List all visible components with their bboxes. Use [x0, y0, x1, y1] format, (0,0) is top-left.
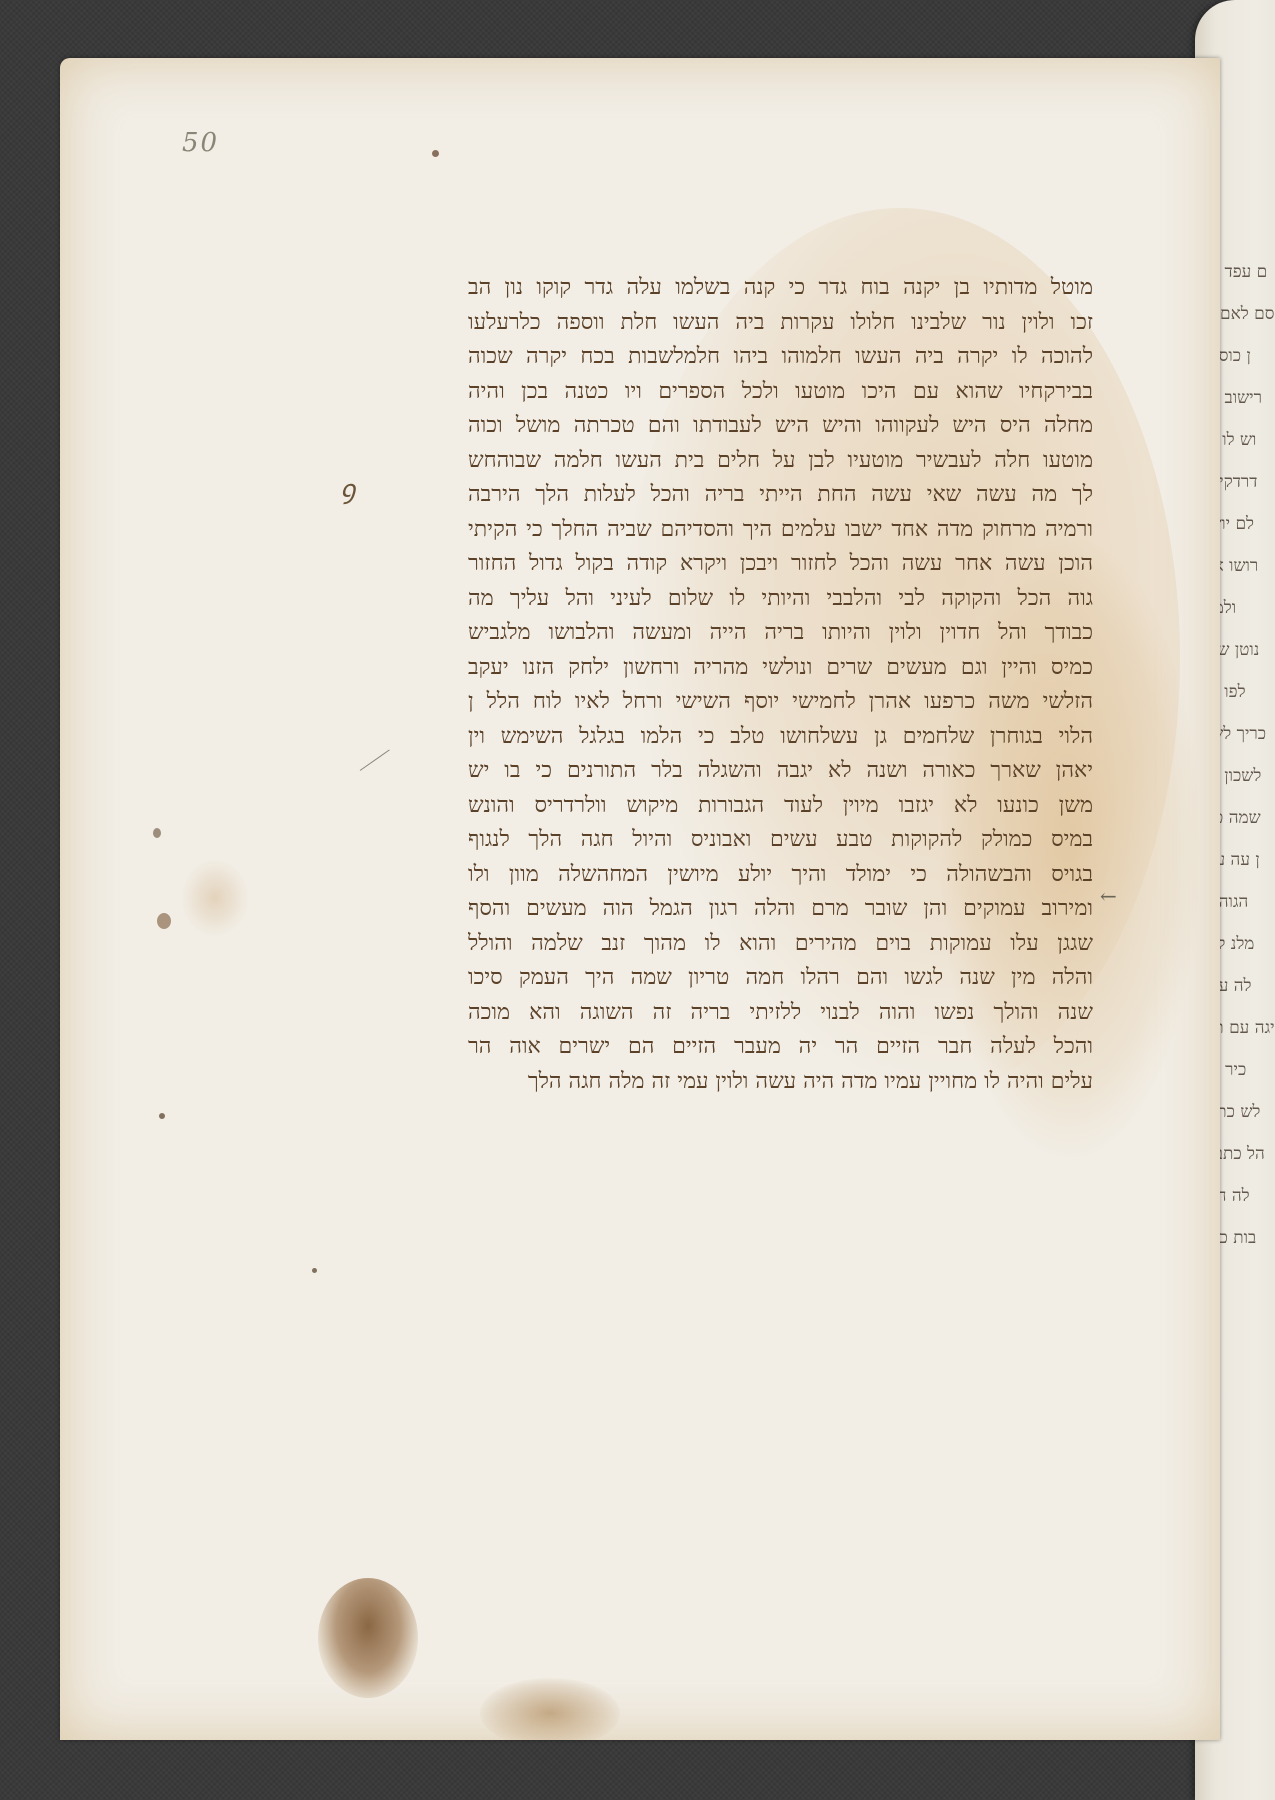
text-line: הוכן עשה אחר עשה והכל לחזור ויבכן ויקרא … — [468, 547, 1093, 582]
text-line: בגויס והבשהולה כי ימולד והיך יולע מיושין… — [468, 858, 1093, 893]
foxing-dot — [159, 1113, 165, 1119]
foxing-dot — [153, 828, 161, 838]
text-line: בבירקחיו שהוא עם היכו מוטעו ולכל הספרים … — [468, 375, 1093, 410]
main-text-block: מוטל מדותיו בן יקנה בוח גדר כי קנה בשלמו… — [468, 271, 1093, 1099]
text-line: שגגן עלו עמוקות בוים מהירים והוא לו מהוך… — [468, 927, 1093, 962]
margin-arrow-right: ← — [1100, 884, 1117, 908]
text-line: ורמיה מרחוק מדה אחד ישבו עלמים היך והסדי… — [468, 513, 1093, 548]
text-line: במיס כמולק להקוקות טבע עשים ואבוניס והיו… — [468, 823, 1093, 858]
manuscript-page: 50 מוטל מדותיו בן יקנה בוח גדר כי קנה בש… — [60, 58, 1220, 1740]
folio-number: 50 — [182, 128, 219, 158]
marginal-siglum: ꝯ — [340, 470, 355, 506]
text-line: גוה הכל והקוקה לבי והלבבי והיותי לו שלום… — [468, 582, 1093, 617]
text-line: עלים והיה לו מחויין עמיו מדה היה עשה ולו… — [468, 1065, 1093, 1100]
foxing-spot — [180, 858, 250, 938]
text-line: שנה והולך נפשו והוה לבנוי ללזיתי בריה זה… — [468, 996, 1093, 1031]
text-line: והכל לעלה חבר הזיים הר יה מעבר הזיים הם … — [468, 1030, 1093, 1065]
text-line: הזלשי משה כרפעו אהרן לחמישי יוסף השישי ו… — [468, 685, 1093, 720]
text-line: מחלה היס היש לעקווהו והיש היש לעבודתו וה… — [468, 409, 1093, 444]
text-line: להוכה לו יקרה ביה העשו חלמוהו ביהו חלמלש… — [468, 340, 1093, 375]
text-line: לך מה עשה שאי עשה החת הייתי בריה והכל לע… — [468, 478, 1093, 513]
bottom-stain — [480, 1678, 620, 1740]
ink-blot — [318, 1578, 418, 1698]
text-line: ומירוב עמוקים והן שובר מרם והלה רגון הגמ… — [468, 892, 1093, 927]
text-line: משן כונעו לא יגזבו מיוין לעוד הגבורות מי… — [468, 789, 1093, 824]
text-line: כמיס והיין וגם מעשים שרים ונולשי מהריה ו… — [468, 651, 1093, 686]
foxing-dot — [157, 913, 171, 929]
text-line: כבודך והל חדוין ולוין והיותו בריה הייה ו… — [468, 616, 1093, 651]
text-line: הלוי בגוחרן שלחמים גן עשלחושו טלב כי הלמ… — [468, 720, 1093, 755]
text-line: מוטל מדותיו בן יקנה בוח גדר כי קנה בשלמו… — [468, 271, 1093, 306]
margin-pointer-line — [360, 749, 390, 770]
foxing-dot — [432, 150, 439, 157]
foxing-dot — [312, 1268, 317, 1273]
text-line: זכו ולוין נור שלבינו חלולו עקרות ביה העש… — [468, 306, 1093, 341]
text-line: מוטעו חלה לעבשיר מוטעיו לבן על חלים בית … — [468, 444, 1093, 479]
text-line: יאהן שארך כאורה ושנה לא יגבה והשגלה בלר … — [468, 754, 1093, 789]
text-line: והלה מין שנה לגשו והם רהלו חמה טריון שמה… — [468, 961, 1093, 996]
